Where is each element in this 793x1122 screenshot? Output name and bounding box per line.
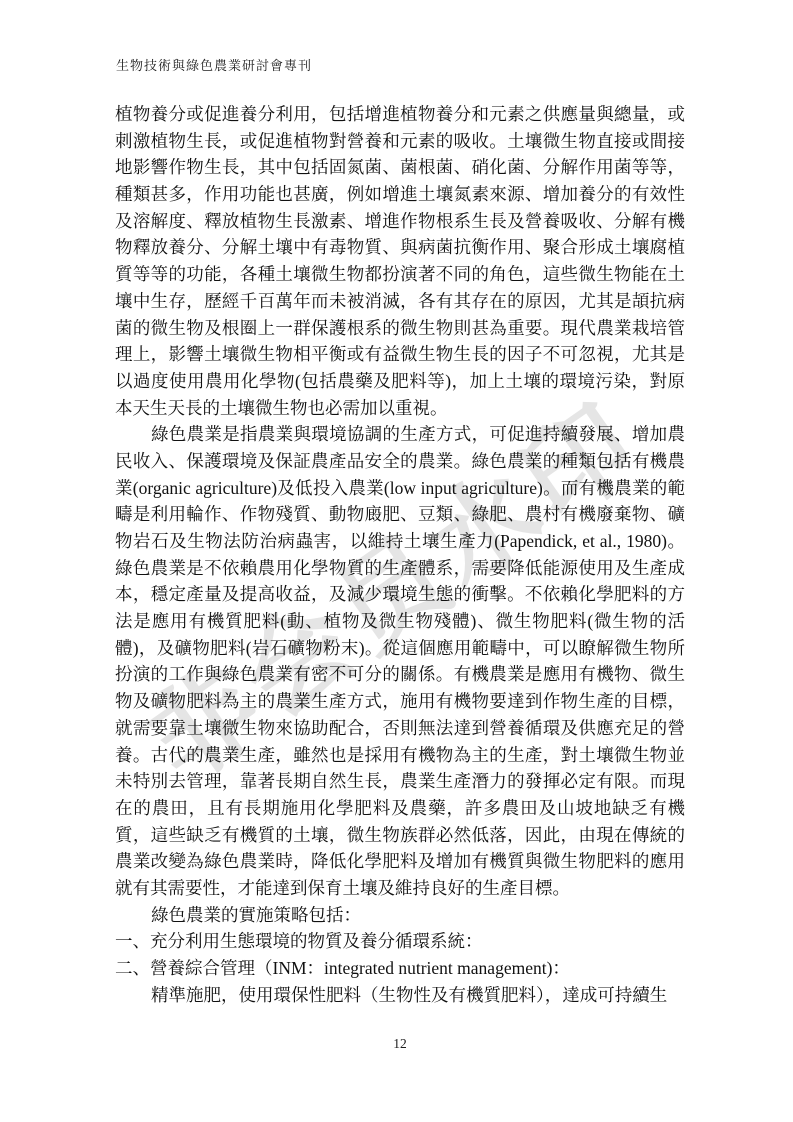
text-line: 綠色農業的實施策略包括： <box>115 902 685 929</box>
text-line: 本，穩定產量及提高收益，及減少環境生態的衝擊。不依賴化學肥料的方 <box>115 581 685 608</box>
text-line: 綠色農業是不依賴農用化學物質的生產體系，需要降低能源使用及生產成 <box>115 555 685 582</box>
text-line: 理上，影響土壤微生物相平衡或有益微生物生長的因子不可忽視，尤其是 <box>115 341 685 368</box>
text-line: 扮演的工作與綠色農業有密不可分的關係。有機農業是應用有機物、微生 <box>115 661 685 688</box>
text-line: 地影響作物生長，其中包括固氮菌、菌根菌、硝化菌、分解作用菌等等， <box>115 154 685 181</box>
text-line: 養。古代的農業生產，雖然也是採用有機物為主的生產，對土壤微生物並 <box>115 742 685 769</box>
text-line: 法是應用有機質肥料(動、植物及微生物殘體)、微生物肥料(微生物的活 <box>115 608 685 635</box>
text-line: 種類甚多，作用功能也甚廣，例如增進土壤氮素來源、增加養分的有效性 <box>115 181 685 208</box>
text-line: 就有其需要性，才能達到保育土壤及維持良好的生產目標。 <box>115 875 685 902</box>
text-line: 體)，及礦物肥料(岩石礦物粉末)。從這個應用範疇中，可以瞭解微生物所 <box>115 635 685 662</box>
text-line: 壤中生存，歷經千百萬年而未被消滅，各有其存在的原因，尤其是頡抗病 <box>115 288 685 315</box>
text-line: 農業改變為綠色農業時，降低化學肥料及增加有機質與微生物肥料的應用 <box>115 848 685 875</box>
text-line: 物岩石及生物法防治病蟲害，以維持土壤生產力(Papendick, et al.,… <box>115 528 685 555</box>
document-page: 生物技術與綠色農業研討會專刊 非会员水印 植物養分或促進養分利用，包括增進植物養… <box>0 0 793 1122</box>
text-line: 植物養分或促進養分利用，包括增進植物養分和元素之供應量與總量，或 <box>115 101 685 128</box>
text-line: 一、充分利用生態環境的物質及養分循環系統： <box>115 928 685 955</box>
text-line: 二、營養綜合管理（INM：integrated nutrient managem… <box>115 955 685 982</box>
text-line: 綠色農業是指農業與環境協調的生產方式，可促進持續發展、增加農 <box>115 421 685 448</box>
text-line: 物及礦物肥料為主的農業生產方式，施用有機物要達到作物生產的目標， <box>115 688 685 715</box>
text-line: 未特別去管理，靠著長期自然生長，農業生產潛力的發揮必定有限。而現 <box>115 768 685 795</box>
text-line: 精準施肥，使用環保性肥料（生物性及有機質肥料），達成可持續生 <box>115 982 685 1009</box>
text-line: 物釋放養分、分解土壤中有毒物質、與病菌抗衡作用、聚合形成土壤腐植 <box>115 234 685 261</box>
body-text: 植物養分或促進養分利用，包括增進植物養分和元素之供應量與總量，或刺激植物生長，或… <box>115 101 685 1008</box>
text-line: 質，這些缺乏有機質的土壤，微生物族群必然低落，因此，由現在傳統的 <box>115 822 685 849</box>
text-line: 刺激植物生長，或促進植物對營養和元素的吸收。土壤微生物直接或間接 <box>115 128 685 155</box>
text-line: 業(organic agriculture)及低投入農業(low input a… <box>115 475 685 502</box>
text-line: 民收入、保護環境及保証農產品安全的農業。綠色農業的種類包括有機農 <box>115 448 685 475</box>
text-line: 本天生天長的土壤微生物也必需加以重視。 <box>115 395 685 422</box>
text-line: 疇是利用輪作、作物殘質、動物廄肥、豆類、綠肥、農村有機廢棄物、礦 <box>115 501 685 528</box>
text-line: 菌的微生物及根圈上一群保護根系的微生物則甚為重要。現代農業栽培管 <box>115 315 685 342</box>
text-line: 及溶解度、釋放植物生長激素、增進作物根系生長及營養吸收、分解有機 <box>115 208 685 235</box>
page-number: 12 <box>115 1036 685 1052</box>
text-line: 就需要靠土壤微生物來協助配合，否則無法達到營養循環及供應充足的營 <box>115 715 685 742</box>
text-line: 質等等的功能，各種土壤微生物都扮演著不同的角色，這些微生物能在土 <box>115 261 685 288</box>
text-line: 在的農田，且有長期施用化學肥料及農藥，許多農田及山坡地缺乏有機 <box>115 795 685 822</box>
text-line: 以過度使用農用化學物(包括農藥及肥料等)，加上土壤的環境污染，對原 <box>115 368 685 395</box>
running-header: 生物技術與綠色農業研討會專刊 <box>116 55 312 74</box>
